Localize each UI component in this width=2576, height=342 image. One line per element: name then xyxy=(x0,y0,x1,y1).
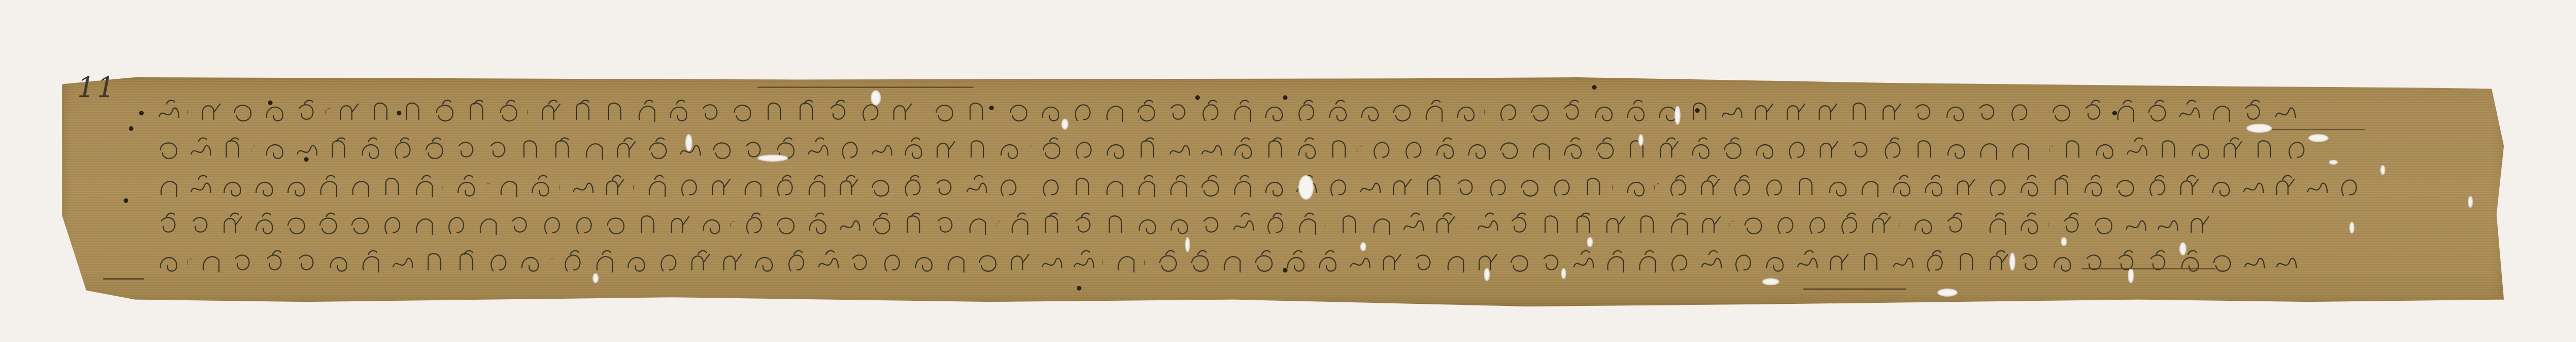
script-glyph xyxy=(910,247,939,276)
manuscript-line-3 xyxy=(155,168,2411,201)
ink-spot xyxy=(124,198,128,203)
script-glyph xyxy=(2112,247,2141,276)
script-glyph xyxy=(1473,210,1502,238)
script-glyph xyxy=(1845,97,1874,126)
wormhole xyxy=(2179,242,2187,255)
script-glyph xyxy=(1973,97,2002,126)
script-glyph xyxy=(1027,134,1035,163)
script-glyph xyxy=(1718,97,1747,126)
script-glyph xyxy=(474,210,503,238)
script-glyph xyxy=(2015,172,2044,201)
script-glyph xyxy=(740,210,769,238)
script-glyph xyxy=(1909,97,1938,126)
script-glyph xyxy=(868,210,896,238)
script-glyph xyxy=(2143,97,2172,126)
script-glyph xyxy=(1761,247,1790,276)
script-glyph xyxy=(995,210,1003,238)
wormhole xyxy=(1185,237,1190,252)
script-glyph xyxy=(1888,172,1917,201)
script-glyph xyxy=(994,172,1023,201)
script-glyph xyxy=(1228,172,1257,201)
script-glyph xyxy=(1494,97,1523,126)
script-glyph xyxy=(803,172,832,201)
script-glyph xyxy=(1037,172,1065,201)
script-glyph xyxy=(1431,210,1460,238)
script-glyph xyxy=(2059,134,2088,163)
script-glyph xyxy=(2047,97,2076,126)
script-glyph xyxy=(463,97,492,126)
script-glyph xyxy=(804,210,833,238)
script-glyph xyxy=(1824,172,1853,201)
script-glyph xyxy=(506,210,535,238)
script-glyph xyxy=(1750,97,1778,126)
script-glyph xyxy=(1559,134,1588,163)
script-glyph xyxy=(187,210,215,238)
script-glyph xyxy=(1229,210,1258,238)
script-glyph xyxy=(2240,247,2269,276)
script-glyph xyxy=(2187,134,2215,163)
script-glyph xyxy=(1293,210,1322,238)
script-glyph xyxy=(974,247,1003,276)
script-glyph xyxy=(1038,134,1066,163)
script-glyph xyxy=(836,210,865,238)
script-glyph xyxy=(2058,210,2087,238)
script-glyph xyxy=(2123,134,2151,163)
script-glyph xyxy=(697,97,725,126)
script-glyph xyxy=(187,134,215,163)
script-glyph xyxy=(548,247,555,276)
script-glyph xyxy=(930,97,959,126)
script-glyph xyxy=(930,172,959,201)
script-glyph xyxy=(569,97,598,126)
script-glyph xyxy=(388,247,417,276)
ink-spot xyxy=(397,111,401,115)
script-glyph xyxy=(601,97,630,126)
script-glyph xyxy=(155,134,183,163)
script-glyph xyxy=(388,134,417,163)
script-glyph xyxy=(2006,134,2035,163)
script-glyph xyxy=(1399,210,1428,238)
wormhole xyxy=(2380,165,2385,175)
script-glyph xyxy=(1388,97,1417,126)
script-glyph xyxy=(2155,134,2183,163)
script-glyph xyxy=(558,247,587,276)
leaf-crack xyxy=(2272,129,2365,130)
script-glyph xyxy=(2154,210,2182,238)
script-glyph xyxy=(1591,134,1620,163)
script-glyph xyxy=(357,247,385,276)
script-glyph xyxy=(495,172,523,201)
script-glyph xyxy=(2144,247,2173,276)
script-glyph xyxy=(1815,134,1843,163)
wormhole xyxy=(1762,278,1780,285)
script-glyph xyxy=(1953,247,1981,276)
script-glyph xyxy=(2272,247,2301,276)
script-glyph xyxy=(1100,97,1129,126)
script-glyph xyxy=(1132,97,1161,126)
script-glyph xyxy=(1877,97,1906,126)
script-glyph xyxy=(2047,210,2055,238)
script-glyph xyxy=(1973,210,1980,238)
wormhole xyxy=(1638,134,1643,146)
script-glyph xyxy=(1229,134,1258,163)
script-glyph xyxy=(760,97,789,126)
script-glyph xyxy=(2079,97,2108,126)
script-glyph xyxy=(378,210,407,238)
ink-spot xyxy=(1695,108,1700,113)
script-glyph xyxy=(1324,97,1353,126)
script-glyph xyxy=(1889,247,1918,276)
script-glyph xyxy=(1069,172,1097,201)
script-glyph xyxy=(420,247,449,276)
script-glyph xyxy=(1760,172,1789,201)
script-glyph xyxy=(399,97,428,126)
script-glyph xyxy=(1442,247,1470,276)
script-glyph xyxy=(1739,210,1768,238)
script-glyph xyxy=(1038,210,1066,238)
script-glyph xyxy=(1655,134,1684,163)
script-glyph xyxy=(1527,134,1556,163)
script-glyph xyxy=(1697,247,1726,276)
script-glyph xyxy=(2335,172,2364,201)
script-glyph xyxy=(1165,210,1194,238)
script-glyph xyxy=(814,247,843,276)
script-glyph xyxy=(1218,247,1247,276)
script-glyph xyxy=(1378,247,1406,276)
leaf-crack xyxy=(1803,288,1906,290)
script-glyph xyxy=(1622,97,1651,126)
script-glyph xyxy=(1856,172,1885,201)
script-glyph xyxy=(868,134,896,163)
script-glyph xyxy=(878,247,907,276)
script-glyph xyxy=(1367,134,1396,163)
script-glyph xyxy=(1729,247,1758,276)
script-glyph xyxy=(1144,247,1151,276)
script-glyph xyxy=(1792,172,1821,201)
script-glyph xyxy=(675,172,704,201)
script-glyph xyxy=(2239,172,2268,201)
script-glyph xyxy=(963,210,992,238)
script-glyph xyxy=(2038,134,2045,163)
script-glyph xyxy=(1633,247,1662,276)
script-glyph xyxy=(1984,210,2012,238)
script-glyph xyxy=(378,172,407,201)
script-glyph xyxy=(293,247,321,276)
script-glyph xyxy=(1751,134,1780,163)
script-glyph xyxy=(1260,97,1289,126)
script-glyph xyxy=(1558,97,1587,126)
script-glyph xyxy=(261,97,290,126)
script-glyph xyxy=(633,97,662,126)
script-glyph xyxy=(1335,210,1364,238)
script-glyph xyxy=(1654,172,1661,201)
script-glyph xyxy=(293,97,321,126)
ink-spot xyxy=(139,111,144,115)
script-glyph xyxy=(1420,172,1449,201)
script-glyph xyxy=(643,172,672,201)
wormhole xyxy=(2308,134,2329,142)
script-glyph xyxy=(2122,210,2150,238)
script-glyph xyxy=(580,134,609,163)
script-glyph xyxy=(325,134,353,163)
script-glyph xyxy=(1803,210,1832,238)
script-glyph xyxy=(2005,97,2034,126)
script-glyph xyxy=(899,172,927,201)
script-glyph xyxy=(1719,134,1748,163)
manuscript-line-2 xyxy=(155,130,2411,163)
script-glyph xyxy=(1612,172,1619,201)
wormhole xyxy=(1360,242,1366,251)
script-glyph xyxy=(1846,134,1875,163)
script-glyph xyxy=(900,134,928,163)
script-glyph xyxy=(420,134,449,163)
script-glyph xyxy=(346,210,375,238)
script-glyph xyxy=(686,247,715,276)
script-glyph xyxy=(1112,247,1141,276)
script-glyph xyxy=(1910,134,1939,163)
script-glyph xyxy=(1601,247,1630,276)
script-glyph xyxy=(155,97,183,126)
script-glyph xyxy=(1569,247,1598,276)
script-glyph xyxy=(1548,172,1577,201)
script-glyph xyxy=(665,97,693,126)
script-glyph xyxy=(2048,134,2056,163)
script-glyph xyxy=(1580,172,1608,201)
script-glyph xyxy=(569,172,598,201)
script-glyph xyxy=(1484,172,1513,201)
script-glyph xyxy=(229,97,258,126)
script-glyph xyxy=(1006,247,1035,276)
script-glyph xyxy=(2143,172,2172,201)
script-glyph xyxy=(2111,172,2140,201)
script-glyph xyxy=(1697,210,1726,238)
script-glyph xyxy=(1952,172,1980,201)
script-glyph xyxy=(250,134,258,163)
script-glyph xyxy=(1696,172,1725,201)
script-glyph xyxy=(2239,97,2268,126)
script-glyph xyxy=(1154,247,1183,276)
script-glyph xyxy=(1101,210,1130,238)
script-glyph xyxy=(1921,247,1950,276)
script-glyph xyxy=(1132,172,1161,201)
script-glyph xyxy=(900,210,928,238)
script-glyph xyxy=(1867,210,1896,238)
script-glyph xyxy=(442,172,449,201)
script-glyph xyxy=(314,172,343,201)
script-glyph xyxy=(484,134,513,163)
wormhole xyxy=(1587,237,1593,247)
script-glyph xyxy=(804,134,833,163)
script-glyph xyxy=(666,210,694,238)
script-glyph xyxy=(527,97,534,126)
script-glyph xyxy=(772,210,801,238)
script-glyph xyxy=(1101,134,1130,163)
wormhole xyxy=(871,90,881,106)
wormhole xyxy=(2349,221,2354,234)
script-glyph xyxy=(229,247,258,276)
wormhole xyxy=(757,155,788,162)
script-glyph xyxy=(410,172,439,201)
script-glyph xyxy=(1665,210,1694,238)
script-glyph xyxy=(282,210,311,238)
wormhole xyxy=(2009,252,2015,271)
script-glyph xyxy=(516,134,545,163)
script-glyph xyxy=(1410,247,1438,276)
script-glyph xyxy=(314,210,343,238)
script-glyph xyxy=(1516,172,1545,201)
script-glyph xyxy=(2271,97,2300,126)
script-glyph xyxy=(261,134,290,163)
script-glyph xyxy=(357,134,385,163)
script-glyph xyxy=(1186,247,1215,276)
script-glyph xyxy=(1388,172,1417,201)
script-glyph xyxy=(1941,210,1970,238)
script-glyph xyxy=(218,210,247,238)
script-glyph xyxy=(730,210,737,238)
script-glyph xyxy=(1101,247,1109,276)
script-glyph xyxy=(1665,247,1694,276)
script-glyph xyxy=(1250,247,1279,276)
script-glyph xyxy=(1495,134,1524,163)
wormhole xyxy=(2061,237,2067,246)
script-glyph xyxy=(1069,97,1097,126)
script-glyph xyxy=(644,134,673,163)
script-glyph xyxy=(2208,247,2237,276)
script-glyph xyxy=(1325,210,1332,238)
script-glyph xyxy=(1728,172,1757,201)
script-glyph xyxy=(1878,134,1907,163)
script-glyph xyxy=(708,134,737,163)
script-glyph xyxy=(634,210,663,238)
wormhole xyxy=(685,134,692,151)
script-glyph xyxy=(1623,134,1652,163)
script-glyph xyxy=(2079,172,2108,201)
script-glyph xyxy=(1622,172,1651,201)
script-glyph xyxy=(792,97,821,126)
ink-spot xyxy=(1077,286,1081,290)
script-glyph xyxy=(1814,97,1842,126)
wormhole xyxy=(1561,268,1566,279)
leaf-crack xyxy=(2081,268,2215,269)
script-glyph xyxy=(2271,172,2300,201)
script-glyph xyxy=(1974,134,2003,163)
script-glyph xyxy=(1601,210,1630,238)
script-glyph xyxy=(484,247,513,276)
script-glyph xyxy=(1038,247,1066,276)
script-glyph xyxy=(2282,134,2311,163)
script-glyph xyxy=(888,97,917,126)
script-glyph xyxy=(250,172,279,201)
script-glyph xyxy=(846,247,875,276)
wormhole xyxy=(1298,175,1314,200)
script-glyph xyxy=(2016,247,2045,276)
wormhole xyxy=(2329,160,2338,165)
leaf-crack xyxy=(757,87,974,88)
script-glyph xyxy=(187,247,194,276)
script-glyph xyxy=(346,172,375,201)
script-glyph xyxy=(1537,210,1566,238)
script-glyph xyxy=(1196,97,1225,126)
script-glyph xyxy=(1909,210,1938,238)
script-glyph xyxy=(218,134,247,163)
folio-number: 11 xyxy=(77,71,117,104)
script-glyph xyxy=(1633,210,1662,238)
ink-spot xyxy=(1283,268,1287,272)
script-glyph xyxy=(1070,134,1098,163)
script-glyph xyxy=(1569,210,1598,238)
script-glyph xyxy=(1261,134,1290,163)
script-glyph xyxy=(2207,97,2236,126)
script-glyph xyxy=(1197,210,1226,238)
script-glyph xyxy=(2048,247,2077,276)
leaf-crack xyxy=(103,278,144,280)
script-glyph xyxy=(739,172,768,201)
script-glyph xyxy=(1729,210,1736,238)
ink-spot xyxy=(1592,85,1597,90)
script-glyph xyxy=(1783,134,1811,163)
script-glyph xyxy=(570,210,599,238)
script-glyph xyxy=(963,134,992,163)
script-glyph xyxy=(1070,210,1098,238)
script-glyph xyxy=(442,210,471,238)
script-glyph xyxy=(197,97,226,126)
script-glyph xyxy=(1942,134,1971,163)
script-glyph xyxy=(197,247,226,276)
script-glyph xyxy=(1590,97,1619,126)
script-glyph xyxy=(282,172,311,201)
script-glyph xyxy=(782,247,811,276)
ink-spot xyxy=(989,106,994,110)
script-glyph xyxy=(1452,172,1481,201)
script-glyph xyxy=(1399,134,1428,163)
script-glyph xyxy=(931,210,960,238)
script-glyph xyxy=(698,210,726,238)
script-glyph xyxy=(2175,97,2204,126)
script-glyph xyxy=(1664,172,1693,201)
script-glyph xyxy=(1356,172,1385,201)
script-glyph xyxy=(707,172,736,201)
script-glyph xyxy=(1899,210,1906,238)
script-glyph xyxy=(335,97,364,126)
wormhole xyxy=(1674,106,1681,125)
script-glyph xyxy=(1133,134,1162,163)
script-glyph xyxy=(1228,97,1257,126)
script-glyph xyxy=(155,210,183,238)
script-glyph xyxy=(1793,247,1822,276)
script-glyph xyxy=(590,247,619,276)
script-glyph xyxy=(367,97,396,126)
script-glyph xyxy=(1825,247,1854,276)
script-glyph xyxy=(1771,210,1800,238)
script-glyph xyxy=(187,172,215,201)
script-glyph xyxy=(1293,134,1322,163)
script-glyph xyxy=(325,247,353,276)
script-glyph xyxy=(771,172,800,201)
script-glyph xyxy=(2218,134,2247,163)
script-glyph xyxy=(1920,172,1948,201)
script-glyph xyxy=(1005,97,1033,126)
script-glyph xyxy=(1070,247,1098,276)
script-glyph xyxy=(261,247,290,276)
script-glyph xyxy=(728,97,757,126)
script-glyph xyxy=(155,172,183,201)
wormhole xyxy=(2246,124,2272,133)
script-glyph xyxy=(2207,172,2236,201)
ink-spot xyxy=(304,157,309,162)
script-glyph xyxy=(931,134,960,163)
script-glyph xyxy=(452,247,481,276)
script-glyph xyxy=(2015,210,2044,238)
